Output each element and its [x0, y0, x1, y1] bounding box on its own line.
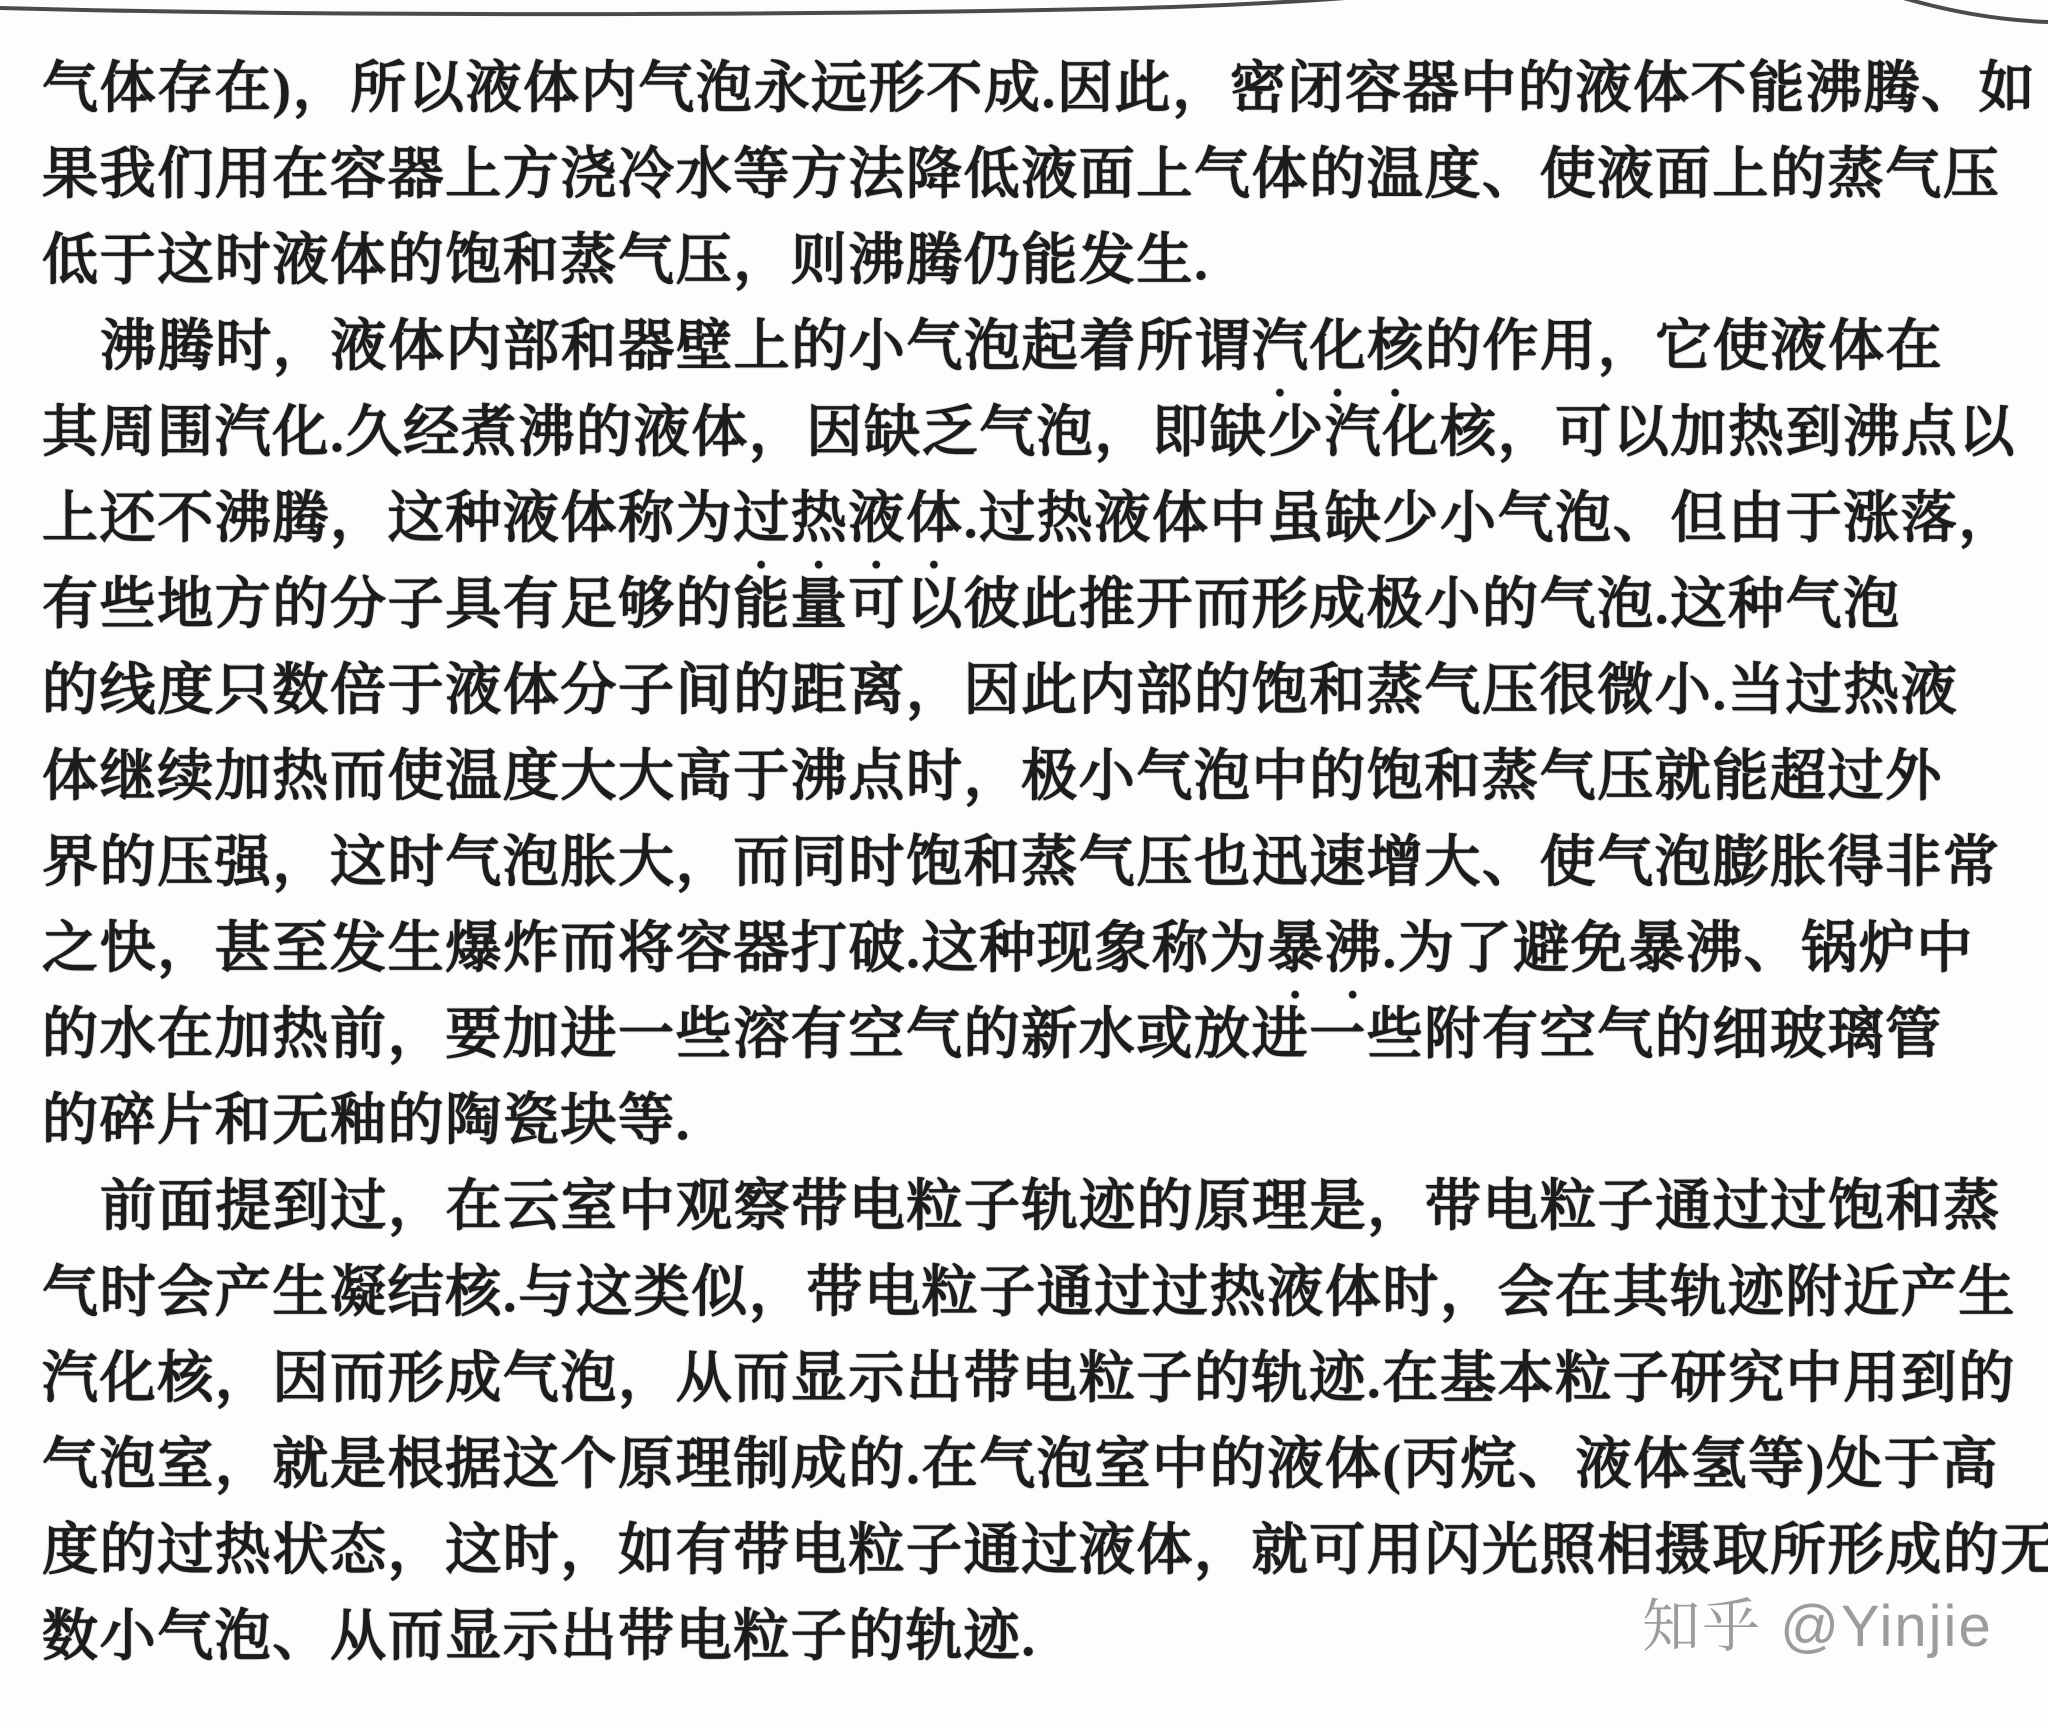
watermark: 知乎 @Yinjie: [1642, 1592, 1993, 1662]
text-line: 前面提到过，在云室中观察带电粒子轨迹的原理是，带电粒子通过过饱和蒸: [42, 1164, 2017, 1250]
text-line: 界的压强，这时气泡胀大，而同时饱和蒸气压也迅速增大、使气泡膨胀得非常: [42, 820, 2017, 906]
edge-curve-left: [0, 0, 1470, 14]
text-line: 气体存在)，所以液体内气泡永远形不成.因此，密闭容器中的液体不能沸腾、如: [42, 46, 2017, 132]
text-line: 有些地方的分子具有足够的能量可以彼此推开而形成极小的气泡.这种气泡: [42, 562, 2017, 648]
emphasized-term: 汽化核: [1252, 316, 1425, 378]
text-line: 气时会产生凝结核.与这类似，带电粒子通过过热液体时，会在其轨迹附近产生: [42, 1250, 2017, 1336]
body-text: 气体存在)，所以液体内气泡永远形不成.因此，密闭容器中的液体不能沸腾、如果我们用…: [42, 46, 2017, 1680]
text-line: 上还不沸腾，这种液体称为过热液体.过热液体中虽缺少小气泡、但由于涨落，: [42, 476, 2017, 562]
text-line: 低于这时液体的饱和蒸气压，则沸腾仍能发生.: [42, 218, 2017, 304]
text-line: 之快，甚至发生爆炸而将容器打破.这种现象称为暴沸.为了避免暴沸、锅炉中: [42, 906, 2017, 992]
text-line: 果我们用在容器上方浇冷水等方法降低液面上气体的温度、使液面上的蒸气压: [42, 132, 2017, 218]
text-line: 的线度只数倍于液体分子间的距离，因此内部的饱和蒸气压很微小.当过热液: [42, 648, 2017, 734]
text-line: 气泡室，就是根据这个原理制成的.在气泡室中的液体(丙烷、液体氢等)处于高: [42, 1422, 2017, 1508]
emphasized-term: 过热液体: [733, 488, 963, 550]
scanned-page: 气体存在)，所以液体内气泡永远形不成.因此，密闭容器中的液体不能沸腾、如果我们用…: [0, 0, 2048, 1721]
edge-curve-right: [1872, 0, 2048, 22]
text-line: 体继续加热而使温度大大高于沸点时，极小气泡中的饱和蒸气压就能超过外: [42, 734, 2017, 820]
text-line: 其周围汽化.久经煮沸的液体，因缺乏气泡，即缺少汽化核，可以加热到沸点以: [42, 390, 2017, 476]
text-line: 沸腾时，液体内部和器壁上的小气泡起着所谓汽化核的作用，它使液体在: [42, 304, 2017, 390]
text-line: 汽化核，因而形成气泡，从而显示出带电粒子的轨迹.在基本粒子研究中用到的: [42, 1336, 2017, 1422]
text-line: 的碎片和无釉的陶瓷块等.: [42, 1078, 2017, 1164]
text-line: 的水在加热前，要加进一些溶有空气的新水或放进一些附有空气的细玻璃管: [42, 992, 2017, 1078]
text-line: 度的过热状态，这时，如有带电粒子通过液体，就可用闪光照相摄取所形成的无: [42, 1508, 2017, 1594]
emphasized-term: 暴沸: [1267, 918, 1382, 980]
